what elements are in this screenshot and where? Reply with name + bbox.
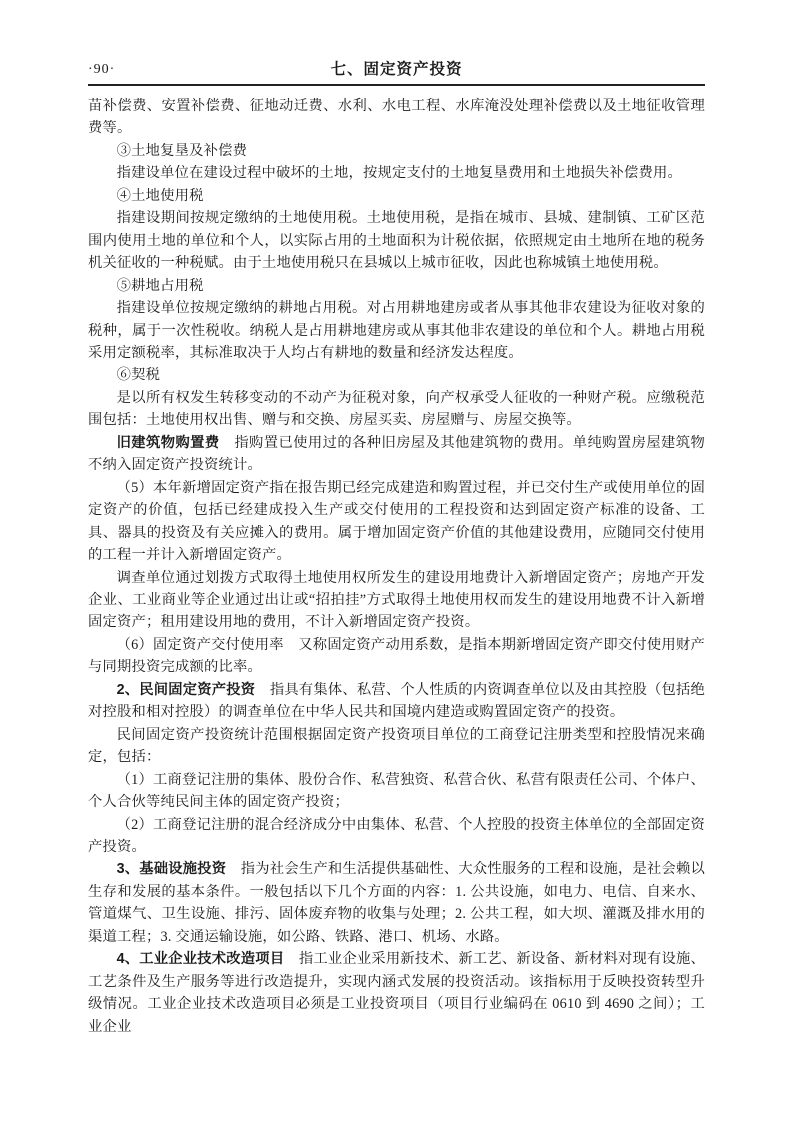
paragraph-text: 调查单位通过划拨方式取得土地使用权所发生的建设用地费计入新增固定资产；房地产开发…	[88, 570, 705, 631]
document-body: 苗补偿费、安置补偿费、征地动迁费、水利、水电工程、水库淹没处理补偿费以及土地征收…	[88, 86, 705, 1038]
paragraph-text: ③土地复垦及补偿费	[117, 143, 247, 159]
paragraph-text: 民间固定资产投资统计范围根据固定资产投资项目单位的工商登记注册类型和控股情况来确…	[88, 727, 705, 765]
paragraph: ③土地复垦及补偿费	[88, 140, 705, 162]
paragraph: 指建设单位按规定缴纳的耕地占用税。对占用耕地建房或者从事其他非农建设为征收对象的…	[88, 297, 705, 364]
paragraph: 旧建筑物购置费 指购置已使用过的各种旧房屋及其他建筑物的费用。单纯购置房屋建筑物…	[88, 432, 705, 477]
paragraph: 调查单位通过划拨方式取得土地使用权所发生的建设用地费计入新增固定资产；房地产开发…	[88, 567, 705, 634]
paragraph-text: 指建设期间按规定缴纳的土地使用税。土地使用税，是指在城市、县城、建制镇、工矿区范…	[88, 210, 705, 271]
paragraph: 是以所有权发生转移变动的不动产为征税对象，向产权承受人征收的一种财产税。应缴税范…	[88, 387, 705, 432]
paragraph: （5）本年新增固定资产指在报告期已经完成建造和购置过程，并已交付生产或使用单位的…	[88, 477, 705, 567]
paragraph: 指建设期间按规定缴纳的土地使用税。土地使用税，是指在城市、县城、建制镇、工矿区范…	[88, 207, 705, 274]
paragraph-lead: 2、民间固定资产投资	[117, 682, 256, 698]
paragraph-text: ⑤耕地占用税	[117, 278, 204, 294]
paragraph-text: （5）本年新增固定资产指在报告期已经完成建造和购置过程，并已交付生产或使用单位的…	[88, 480, 705, 563]
paragraph-text: ⑥契税	[117, 367, 161, 383]
page-header: ·90· 七、固定资产投资	[88, 60, 705, 86]
paragraph: 指建设单位在建设过程中破坏的土地，按规定支付的土地复垦费用和土地损失补偿费用。	[88, 162, 705, 184]
paragraph: 4、工业企业技术改造项目 指工业企业采用新技术、新工艺、新设备、新材料对现有设施…	[88, 948, 705, 1038]
paragraph: ⑤耕地占用税	[88, 275, 705, 297]
paragraph: ④土地使用税	[88, 185, 705, 207]
paragraph: 民间固定资产投资统计范围根据固定资产投资项目单位的工商登记注册类型和控股情况来确…	[88, 724, 705, 769]
paragraph-text: 苗补偿费、安置补偿费、征地动迁费、水利、水电工程、水库淹没处理补偿费以及土地征收…	[88, 98, 705, 136]
paragraph: 2、民间固定资产投资 指具有集体、私营、个人性质的内资调查单位以及由其控股（包括…	[88, 679, 705, 724]
paragraph-lead: 3、基础设施投资	[117, 861, 227, 877]
chapter-title: 七、固定资产投资	[88, 57, 705, 79]
paragraph-text: ④土地使用税	[117, 188, 204, 204]
paragraph: 苗补偿费、安置补偿费、征地动迁费、水利、水电工程、水库淹没处理补偿费以及土地征收…	[88, 95, 705, 140]
paragraph: 3、基础设施投资 指为社会生产和生活提供基础性、大众性服务的工程和设施，是社会赖…	[88, 858, 705, 948]
paragraph: （6）固定资产交付使用率 又称固定资产动用系数，是指本期新增固定资产即交付使用财…	[88, 634, 705, 679]
paragraph-text: （2）工商登记注册的混合经济成分中由集体、私营、个人控股的投资主体单位的全部固定…	[88, 817, 705, 855]
paragraph-text: 指建设单位按规定缴纳的耕地占用税。对占用耕地建房或者从事其他非农建设为征收对象的…	[88, 300, 705, 361]
paragraph-text: （1）工商登记注册的集体、股份合作、私营独资、私营合伙、私营有限责任公司、个体户…	[88, 772, 705, 810]
paragraph-lead: 旧建筑物购置费	[117, 435, 220, 451]
paragraph-text: （6）固定资产交付使用率 又称固定资产动用系数，是指本期新增固定资产即交付使用财…	[88, 637, 705, 675]
paragraph-text: 是以所有权发生转移变动的不动产为征税对象，向产权承受人征收的一种财产税。应缴税范…	[88, 390, 705, 428]
document-page: ·90· 七、固定资产投资 苗补偿费、安置补偿费、征地动迁费、水利、水电工程、水…	[0, 0, 793, 1122]
paragraph: ⑥契税	[88, 364, 705, 386]
paragraph-lead: 4、工业企业技术改造项目	[117, 951, 285, 967]
paragraph-text: 指建设单位在建设过程中破坏的土地，按规定支付的土地复垦费用和土地损失补偿费用。	[117, 165, 682, 181]
paragraph: （1）工商登记注册的集体、股份合作、私营独资、私营合伙、私营有限责任公司、个体户…	[88, 769, 705, 814]
paragraph: （2）工商登记注册的混合经济成分中由集体、私营、个人控股的投资主体单位的全部固定…	[88, 814, 705, 859]
